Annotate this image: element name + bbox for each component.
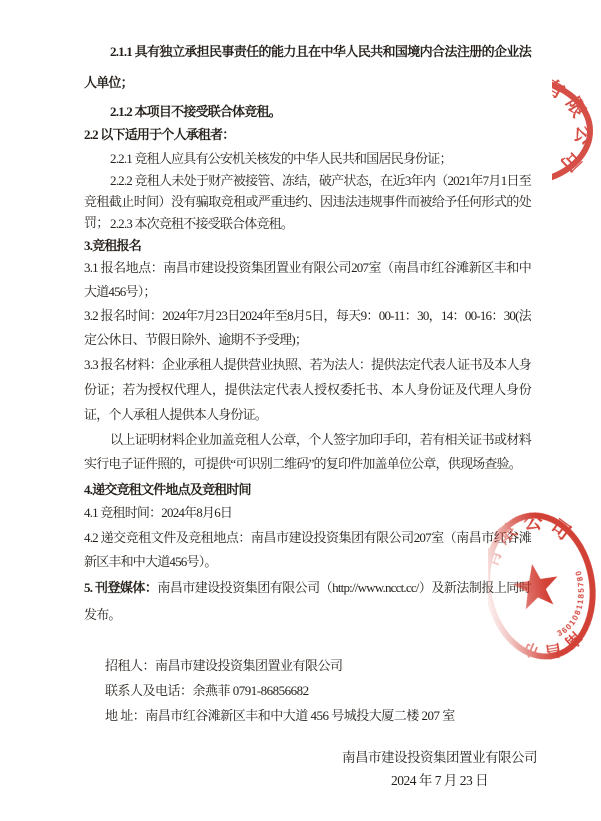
svg-text:有限公司: 有限公司 xyxy=(552,74,595,179)
corner-seal-fragment: 有限公司 南昌市 3601081185780 xyxy=(552,56,601,216)
heading-3: 3.竞租报名 xyxy=(84,233,531,258)
clause-note: 以上证明材料企业加盖竞租人公章，个人签字加印手印，若有相关证书或材料实行电子证件… xyxy=(84,428,531,476)
clause-2-1-2: 2.1.2 本项目不接受联合体竞租。 xyxy=(84,99,531,124)
corner-seal-graphic: 有限公司 南昌市 3601081185780 xyxy=(552,71,601,191)
seal-serial-number: 3601081185780 xyxy=(546,568,594,638)
address-line: 地 址：南昌市红谷滩新区丰和中大道 456 号城投大厦二楼 207 室 xyxy=(84,703,531,728)
clause-3-2: 3.2 报名时间：2024年7月23日2024年至8月5日，每天9：00-11：… xyxy=(84,304,531,352)
heading-2-2: 2.2 以下适用于个人承租者： xyxy=(84,122,531,147)
clause-3-3: 3.3 报名材料：企业承租人提供营业执照、若为法人：提供法定代表人证书及本人身份… xyxy=(84,352,531,427)
contact-line: 联系人及电话：余燕菲 0791-86856682 xyxy=(84,678,531,703)
corner-seal-arc-top-text: 有限公司 xyxy=(552,74,595,179)
clause-4-1: 4.1 竞租时间：2024年8月6日 xyxy=(84,500,531,525)
clause-2-2-1: 2.2.1 竞租人应具有公安机关核发的中华人民共和国居民身份证； xyxy=(84,146,531,171)
clause-5-label: 5. 刊登媒体： xyxy=(84,580,157,595)
clause-2-1-1: 2.1.1 具有独立承担民事责任的能力且在中华人民共和国境内合法注册的企业法人单… xyxy=(84,36,531,98)
recruiter-line: 招租人：南昌市建设投资集团置业有限公司 xyxy=(84,653,531,678)
svg-text:3601081185780: 3601081185780 xyxy=(546,568,594,638)
signature-date: 2024 年 7 月 23 日 xyxy=(391,770,488,792)
document-page: 2.1.1 具有独立承担民事责任的能力且在中华人民共和国境内合法注册的企业法人单… xyxy=(0,0,601,821)
clause-4-2: 4.2 递交竞租文件及竞租地点：南昌市建设投资集团有限公司207室（南昌市红谷滩… xyxy=(84,526,531,574)
clause-5: 5. 刊登媒体：南昌市建设投资集团有限公司（http://www.ncct.cc… xyxy=(84,574,531,628)
heading-4: 4.递交竞租文件地点及竞租时间 xyxy=(84,477,531,502)
document-body: 2.1.1 具有独立承担民事责任的能力且在中华人民共和国境内合法注册的企业法人单… xyxy=(84,0,531,821)
signature-company: 南昌市建设投资集团置业有限公司 xyxy=(342,747,537,769)
clause-3-1: 3.1 报名地点：南昌市建设投资集团置业有限公司207室（南昌市红谷滩新区丰和中… xyxy=(84,256,531,304)
